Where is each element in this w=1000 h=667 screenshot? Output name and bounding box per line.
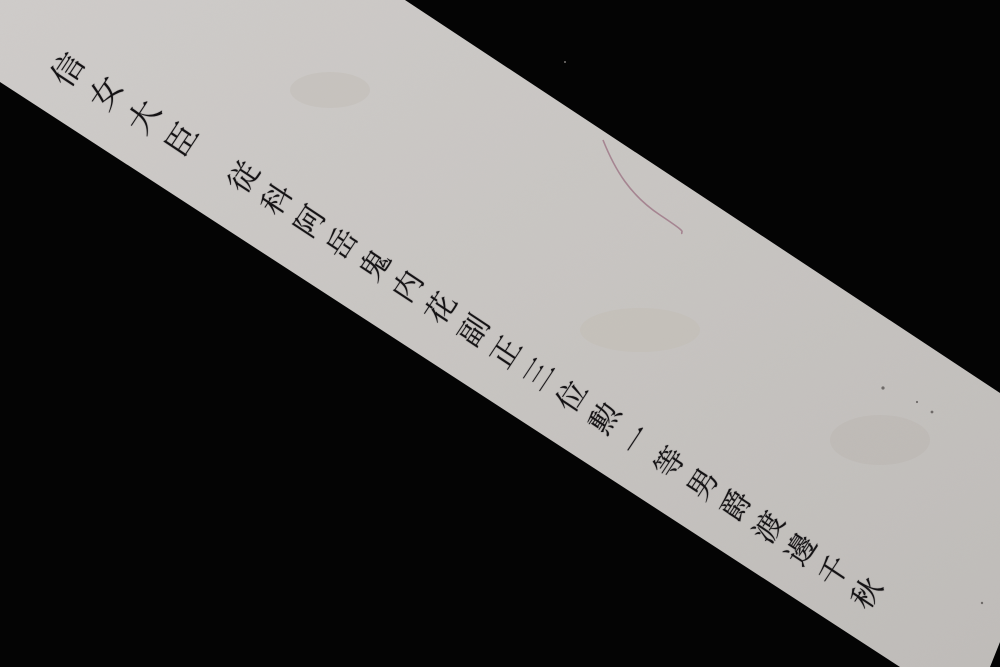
photo-scene: 信女大臣 従科阿岳鬼内花副正三位勲一等男爵渡邊千秋 信女大臣 従科阿岳鬼内花副正… <box>0 0 1000 667</box>
paper-strip <box>0 0 1000 667</box>
